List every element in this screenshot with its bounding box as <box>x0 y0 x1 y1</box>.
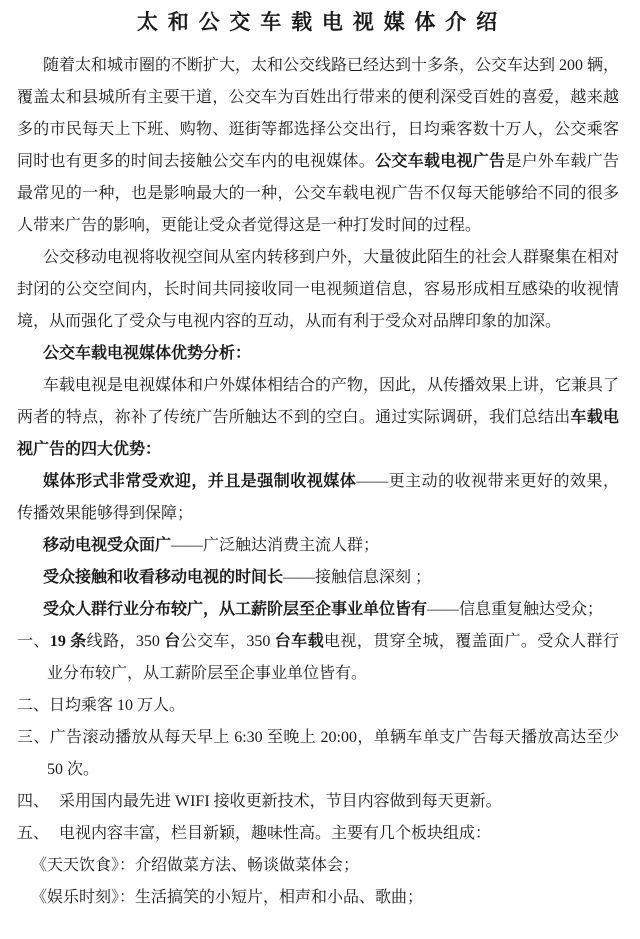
text-run: 采用国内最先进 WIFI 接收更新技术，节目内容做到每天更新。 <box>59 793 502 810</box>
text-run: 三、广告滚动播放从每天早上 6:30 至晚上 20:00，单辆车单支广告每天播放… <box>17 729 619 778</box>
bold-text-run: 移动电视受众面广 <box>43 537 171 554</box>
page-title: 太 和 公 交 车 载 电 视 媒 体 介 绍 <box>17 8 619 38</box>
document-body: 随着太和城市圈的不断扩大，太和公交线路已经达到十多条，公交车达到 200 辆，覆… <box>17 50 619 914</box>
bold-text-run: 台 <box>164 633 180 650</box>
text-run: 公交移动电视将收视空间从室内转移到户外，大量彼此陌生的社会人群聚集在相对封闭的公… <box>17 249 619 330</box>
text-run: 电视内容丰富，栏目新颖，趣味性高。主要有几个板块组成： <box>59 825 491 842</box>
text-run: 二、日均乘客 10 万人。 <box>17 697 185 714</box>
paragraph: 车载电视是电视媒体和户外媒体相结合的产物，因此，从传播效果上讲，它兼具了两者的特… <box>17 370 619 466</box>
bold-text-run: 19 条 <box>50 633 87 650</box>
bold-text-run: 媒体形式非常受欢迎，并且是强制收视媒体 <box>43 473 356 490</box>
paragraph: 随着太和城市圈的不断扩大，太和公交线路已经达到十多条，公交车达到 200 辆，覆… <box>17 50 619 242</box>
paragraph: 三、广告滚动播放从每天早上 6:30 至晚上 20:00，单辆车单支广告每天播放… <box>17 722 619 786</box>
list-marker: 四、 <box>17 786 59 818</box>
paragraph: 四、采用国内最先进 WIFI 接收更新技术，节目内容做到每天更新。 <box>17 786 619 818</box>
text-run: 《娱乐时刻》：生活搞笑的小短片，相声和小品、歌曲； <box>31 889 423 906</box>
paragraph: 受众人群行业分布较广，从工薪阶层至企事业单位皆有——信息重复触达受众； <box>17 594 619 626</box>
paragraph: 公交移动电视将收视空间从室内转移到户外，大量彼此陌生的社会人群聚集在相对封闭的公… <box>17 242 619 338</box>
bold-text-run: 台车载 <box>275 633 324 650</box>
paragraph: 受众接触和收看移动电视的时间长——接触信息深刻 ； <box>17 562 619 594</box>
bold-text-run: 受众人群行业分布较广，从工薪阶层至企事业单位皆有 <box>43 601 427 618</box>
text-run: 一、 <box>17 633 50 650</box>
bold-text-run: 受众接触和收看移动电视的时间长 <box>43 569 283 586</box>
paragraph: 移动电视受众面广——广泛触达消费主流人群； <box>17 530 619 562</box>
paragraph: 一、19 条线路，350 台公交车，350 台车载电视，贯穿全城，覆盖面广。受众… <box>17 626 619 690</box>
text-run: 车载电视是电视媒体和户外媒体相结合的产物，因此，从传播效果上讲，它兼具了两者的特… <box>17 377 619 426</box>
list-marker: 五、 <box>17 818 59 850</box>
text-run: 线路，350 <box>87 633 165 650</box>
paragraph: 二、日均乘客 10 万人。 <box>17 690 619 722</box>
paragraph: 媒体形式非常受欢迎，并且是强制收视媒体——更主动的收视带来更好的效果，传播效果能… <box>17 466 619 530</box>
bold-text-run: 公交车载电视媒体优势分析： <box>43 345 251 362</box>
text-run: 公交车，350 <box>181 633 275 650</box>
paragraph: 五、电视内容丰富，栏目新颖，趣味性高。主要有几个板块组成： <box>17 818 619 850</box>
text-run: ——信息重复触达受众； <box>427 601 603 618</box>
text-run: ——接触信息深刻 ； <box>283 569 431 586</box>
text-run: 《天天饮食》：介绍做菜方法、畅谈做菜体会； <box>31 857 359 874</box>
paragraph: 《天天饮食》：介绍做菜方法、畅谈做菜体会； <box>17 850 619 882</box>
bold-text-run: 公交车载电视广告 <box>375 153 505 170</box>
text-run: ——广泛触达消费主流人群； <box>171 537 379 554</box>
paragraph: 《娱乐时刻》：生活搞笑的小短片，相声和小品、歌曲； <box>17 882 619 914</box>
document-page: 太 和 公 交 车 载 电 视 媒 体 介 绍 随着太和城市圈的不断扩大，太和公… <box>0 0 640 939</box>
paragraph: 公交车载电视媒体优势分析： <box>17 338 619 370</box>
